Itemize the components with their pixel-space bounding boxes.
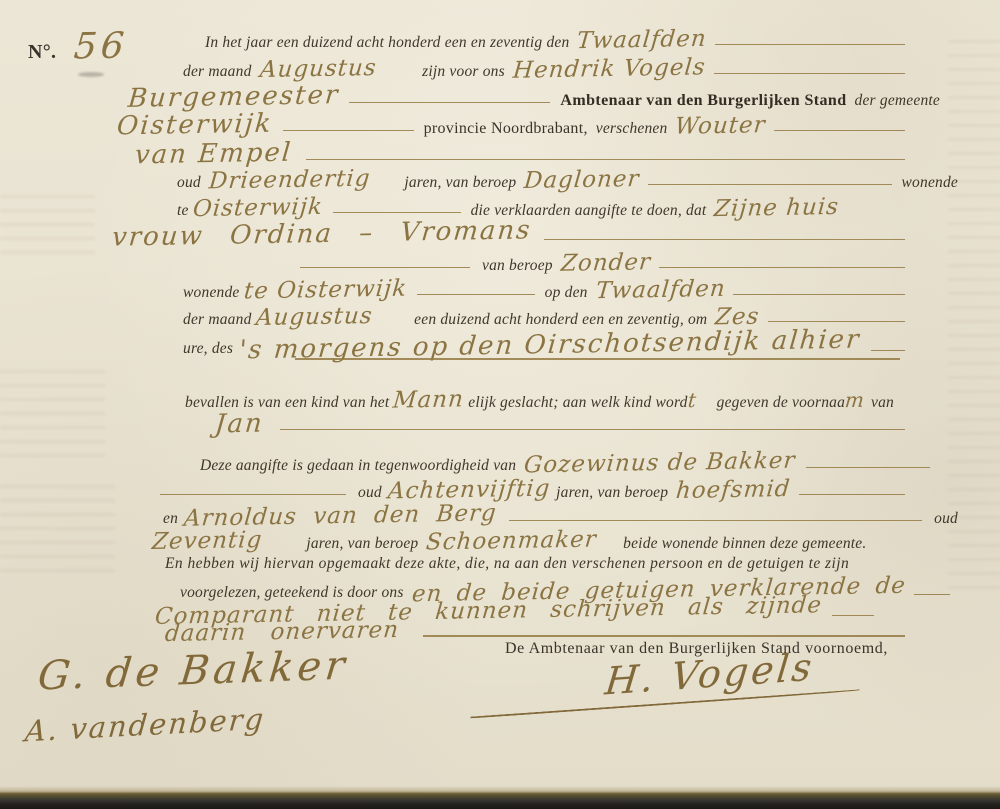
printed-text: jaren, van beroep [404,174,516,192]
printed-text: en [163,510,178,528]
handwritten-residence: Oisterwijk [191,194,323,222]
act-line-year: In het jaar een duizend acht honderd een… [205,27,905,54]
handwritten-witness2-profession: Schoenmaker [425,526,598,555]
handwritten-birth-month: Augustus [254,303,373,331]
bleed-through-left-3 [0,485,115,580]
blank-rule [806,467,930,468]
act-line-mother-name: vrouw Ordina – Vromans [112,219,905,246]
printed-text: der gemeente [855,92,940,110]
blank-rule [423,635,905,637]
handwritten-child-name: Jan [214,409,265,440]
handwritten-mother-profession: Zonder [560,249,652,277]
act-line-birth-day: wonende te Oisterwijk op den Twaalfden [183,277,905,304]
printed-text: der maand [183,311,252,329]
blank-rule [509,520,922,521]
printed-text: ure, des [183,340,233,358]
blank-rule [715,44,905,45]
blank-rule [280,429,905,430]
act-line-mother-profession: van beroep Zonder [300,250,905,277]
blank-rule [768,321,905,322]
signature-witness1: G. de Bakker [36,642,351,699]
blank-rule [832,615,874,616]
act-line-witness2: en Arnoldus van den Berg oud [163,503,958,530]
act-line-witness2-age: Zeventig jaren, van beroep Schoenmaker b… [152,528,940,555]
printed-text: zijn voor ons [422,63,505,81]
act-line-residence: te Oisterwijk die verklaarden aangifte t… [177,195,903,222]
act-number-value: 56 [73,25,130,67]
handwritten-witness2-age: Zeventig [151,527,264,555]
handwritten-witness1-profession: hoefsmid [675,476,792,504]
blank-rule [349,102,550,103]
ink-smudge [78,72,104,77]
printed-text: op den [545,284,588,302]
blank-rule [295,358,900,360]
blank-rule [300,267,470,268]
printed-text: En hebben wij hiervan opgemaakt deze akt… [165,555,849,573]
act-line-declarant-surname: van Empel [135,139,905,166]
handwritten-wife-intro: Zijne huis [713,194,840,222]
handwritten-day: Twaalfden [576,26,708,54]
blank-rule [333,212,461,213]
signature-witness2: A. vandenberg [24,702,267,749]
act-line-witness1: Deze aangifte is gedaan in tegenwoordigh… [200,450,930,477]
blank-rule [160,494,346,495]
printed-text: een duizend acht honderd een en zeventig… [414,311,707,329]
printed-text: beide wonende binnen deze gemeente. [623,535,866,553]
printed-text: wonende [902,174,959,192]
printed-text: oud [934,510,958,528]
act-number: N°. 56 [28,26,128,53]
act-line-blank [295,360,900,387]
act-line-function: Burgemeester Ambtenaar van den Burgerlij… [128,82,940,109]
printed-text: jaren, van beroep [306,535,418,553]
blank-rule [648,184,892,185]
handwritten-profession: Dagloner [523,166,641,194]
blank-rule [733,294,905,295]
printed-text: te [177,202,189,220]
printed-text: provincie Noordbrabant, [424,120,588,138]
handwritten-witness1-name: Gozewinus de Bakker [523,448,797,479]
bleed-through-left-2 [0,370,105,460]
printed-text: In het jaar een duizend acht honderd een… [205,34,569,52]
handwritten-declarant-firstname: Wouter [674,112,767,140]
printed-text: jaren, van beroep [556,484,668,502]
handwritten-age: Drieendertig [208,166,372,195]
handwritten-mother-name: vrouw Ordina – Vromans [111,215,533,252]
act-line-municipality: Oisterwijk provincie Noordbrabant, versc… [117,110,905,137]
printed-text: Deze aangifte is gedaan in tegenwoordigh… [200,457,516,475]
printed-text: oud [358,484,382,502]
handwritten-official-name: Hendrik Vogels [512,54,707,83]
printed-text: der maand [183,63,252,81]
blank-rule [914,594,950,595]
printed-text: oud [177,174,201,192]
blank-rule [544,239,905,240]
handwritten-closing-note3: daarin onervaren [164,617,400,647]
printed-text: verschenen [596,120,668,138]
page-bottom-edge [0,786,1000,809]
blank-rule [306,159,905,160]
blank-rule [659,267,905,268]
act-line-birth-place: ure, des 's morgens op den Oirschotsendi… [183,330,905,357]
bleed-through-left-1 [0,195,95,265]
blank-rule [714,73,905,74]
act-line-age-profession: oud Drieendertig jaren, van beroep Daglo… [177,167,958,194]
handwritten-birth-day: Twaalfden [594,276,726,304]
printed-text: van beroep [482,257,553,275]
handwritten-month: Augustus [258,55,377,83]
handwritten-declarant-surname: van Empel [134,138,294,171]
act-line-child-name: Jan [215,409,905,436]
blank-rule [871,350,905,351]
act-line-month-official: der maand Augustus zijn voor ons Hendrik… [183,56,905,83]
blank-rule [417,294,535,295]
printed-text: wonende [183,284,240,302]
printed-text: Ambtenaar van den Burgerlijken Stand [560,92,846,110]
blank-rule [283,130,414,131]
blank-rule [799,494,905,495]
birth-certificate-scan: N°. 56 In het jaar een duizend acht hond… [0,0,1000,809]
act-number-label: N°. [28,41,56,64]
act-line-witness1-age: oud Achtenvijftig jaren, van beroep hoef… [160,477,905,504]
handwritten-birth-residence: te Oisterwijk [242,276,407,305]
handwritten-municipality: Oisterwijk [116,109,274,142]
blank-rule [774,130,905,131]
